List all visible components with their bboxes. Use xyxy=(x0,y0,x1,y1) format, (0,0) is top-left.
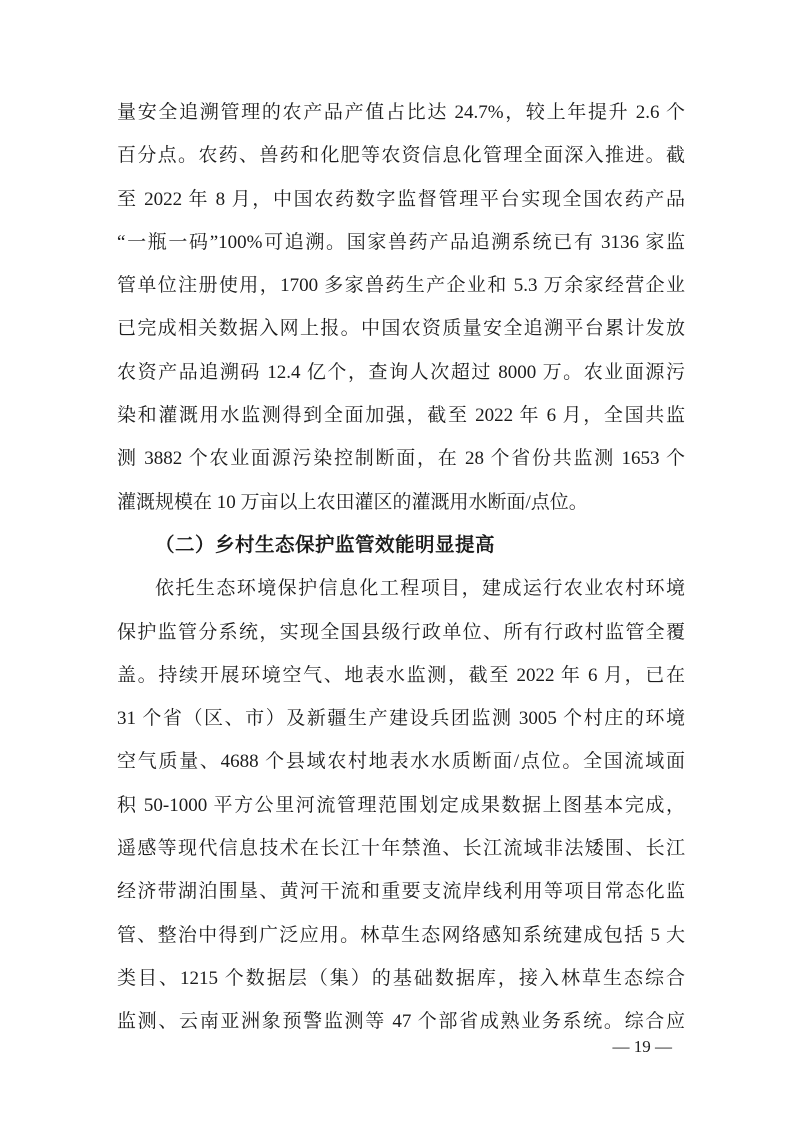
body-line: 积 50-1000 平方公里河流管理范围划定成果数据上图基本完成， xyxy=(117,784,685,827)
text-block: 量安全追溯管理的农产品产值占比达 24.7%，较上年提升 2.6 个 百分点。农… xyxy=(117,91,685,1044)
body-line: 量安全追溯管理的农产品产值占比达 24.7%，较上年提升 2.6 个 xyxy=(117,91,685,134)
body-line: 测 3882 个农业面源污染控制断面，在 28 个省份共监测 1653 个 xyxy=(117,437,685,480)
body-line: 已完成相关数据入网上报。中国农资质量安全追溯平台累计发放 xyxy=(117,307,685,350)
body-line: 至 2022 年 8 月，中国农药数字监督管理平台实现全国农药产品 xyxy=(117,178,685,221)
body-line: 染和灌溉用水监测得到全面加强，截至 2022 年 6 月，全国共监 xyxy=(117,394,685,437)
body-line: 保护监管分系统，实现全国县级行政单位、所有行政村监管全覆 xyxy=(117,611,685,654)
body-line: 管、整治中得到广泛应用。林草生态网络感知系统建成包括 5 大 xyxy=(117,914,685,957)
body-line: 31 个省（区、市）及新疆生产建设兵团监测 3005 个村庄的环境 xyxy=(117,697,685,740)
body-line: 农资产品追溯码 12.4 亿个，查询人次超过 8000 万。农业面源污 xyxy=(117,351,685,394)
body-line: 盖。持续开展环境空气、地表水监测，截至 2022 年 6 月，已在 xyxy=(117,654,685,697)
body-line: 空气质量、4688 个县域农村地表水水质断面/点位。全国流域面 xyxy=(117,740,685,783)
body-line: 类目、1215 个数据层（集）的基础数据库，接入林草生态综合 xyxy=(117,957,685,1000)
document-page: 量安全追溯管理的农产品产值占比达 24.7%，较上年提升 2.6 个 百分点。农… xyxy=(0,0,794,1123)
body-line: 依托生态环境保护信息化工程项目，建成运行农业农村环境 xyxy=(117,567,685,610)
body-line: 灌溉规模在 10 万亩以上农田灌区的灌溉用水断面/点位。 xyxy=(117,481,685,524)
body-line: 百分点。农药、兽药和化肥等农资信息化管理全面深入推进。截 xyxy=(117,134,685,177)
body-line: “一瓶一码”100%可追溯。国家兽药产品追溯系统已有 3136 家监 xyxy=(117,221,685,264)
body-line: 监测、云南亚洲象预警监测等 47 个部省成熟业务系统。综合应 xyxy=(117,1000,685,1043)
body-line: 遥感等现代信息技术在长江十年禁渔、长江流域非法矮围、长江 xyxy=(117,827,685,870)
body-line: 管单位注册使用，1700 多家兽药生产企业和 5.3 万余家经营企业 xyxy=(117,264,685,307)
section-heading: （二）乡村生态保护监管效能明显提高 xyxy=(117,524,685,567)
page-number: — 19 — xyxy=(613,1036,673,1058)
body-line: 经济带湖泊围垦、黄河干流和重要支流岸线利用等项目常态化监 xyxy=(117,870,685,913)
